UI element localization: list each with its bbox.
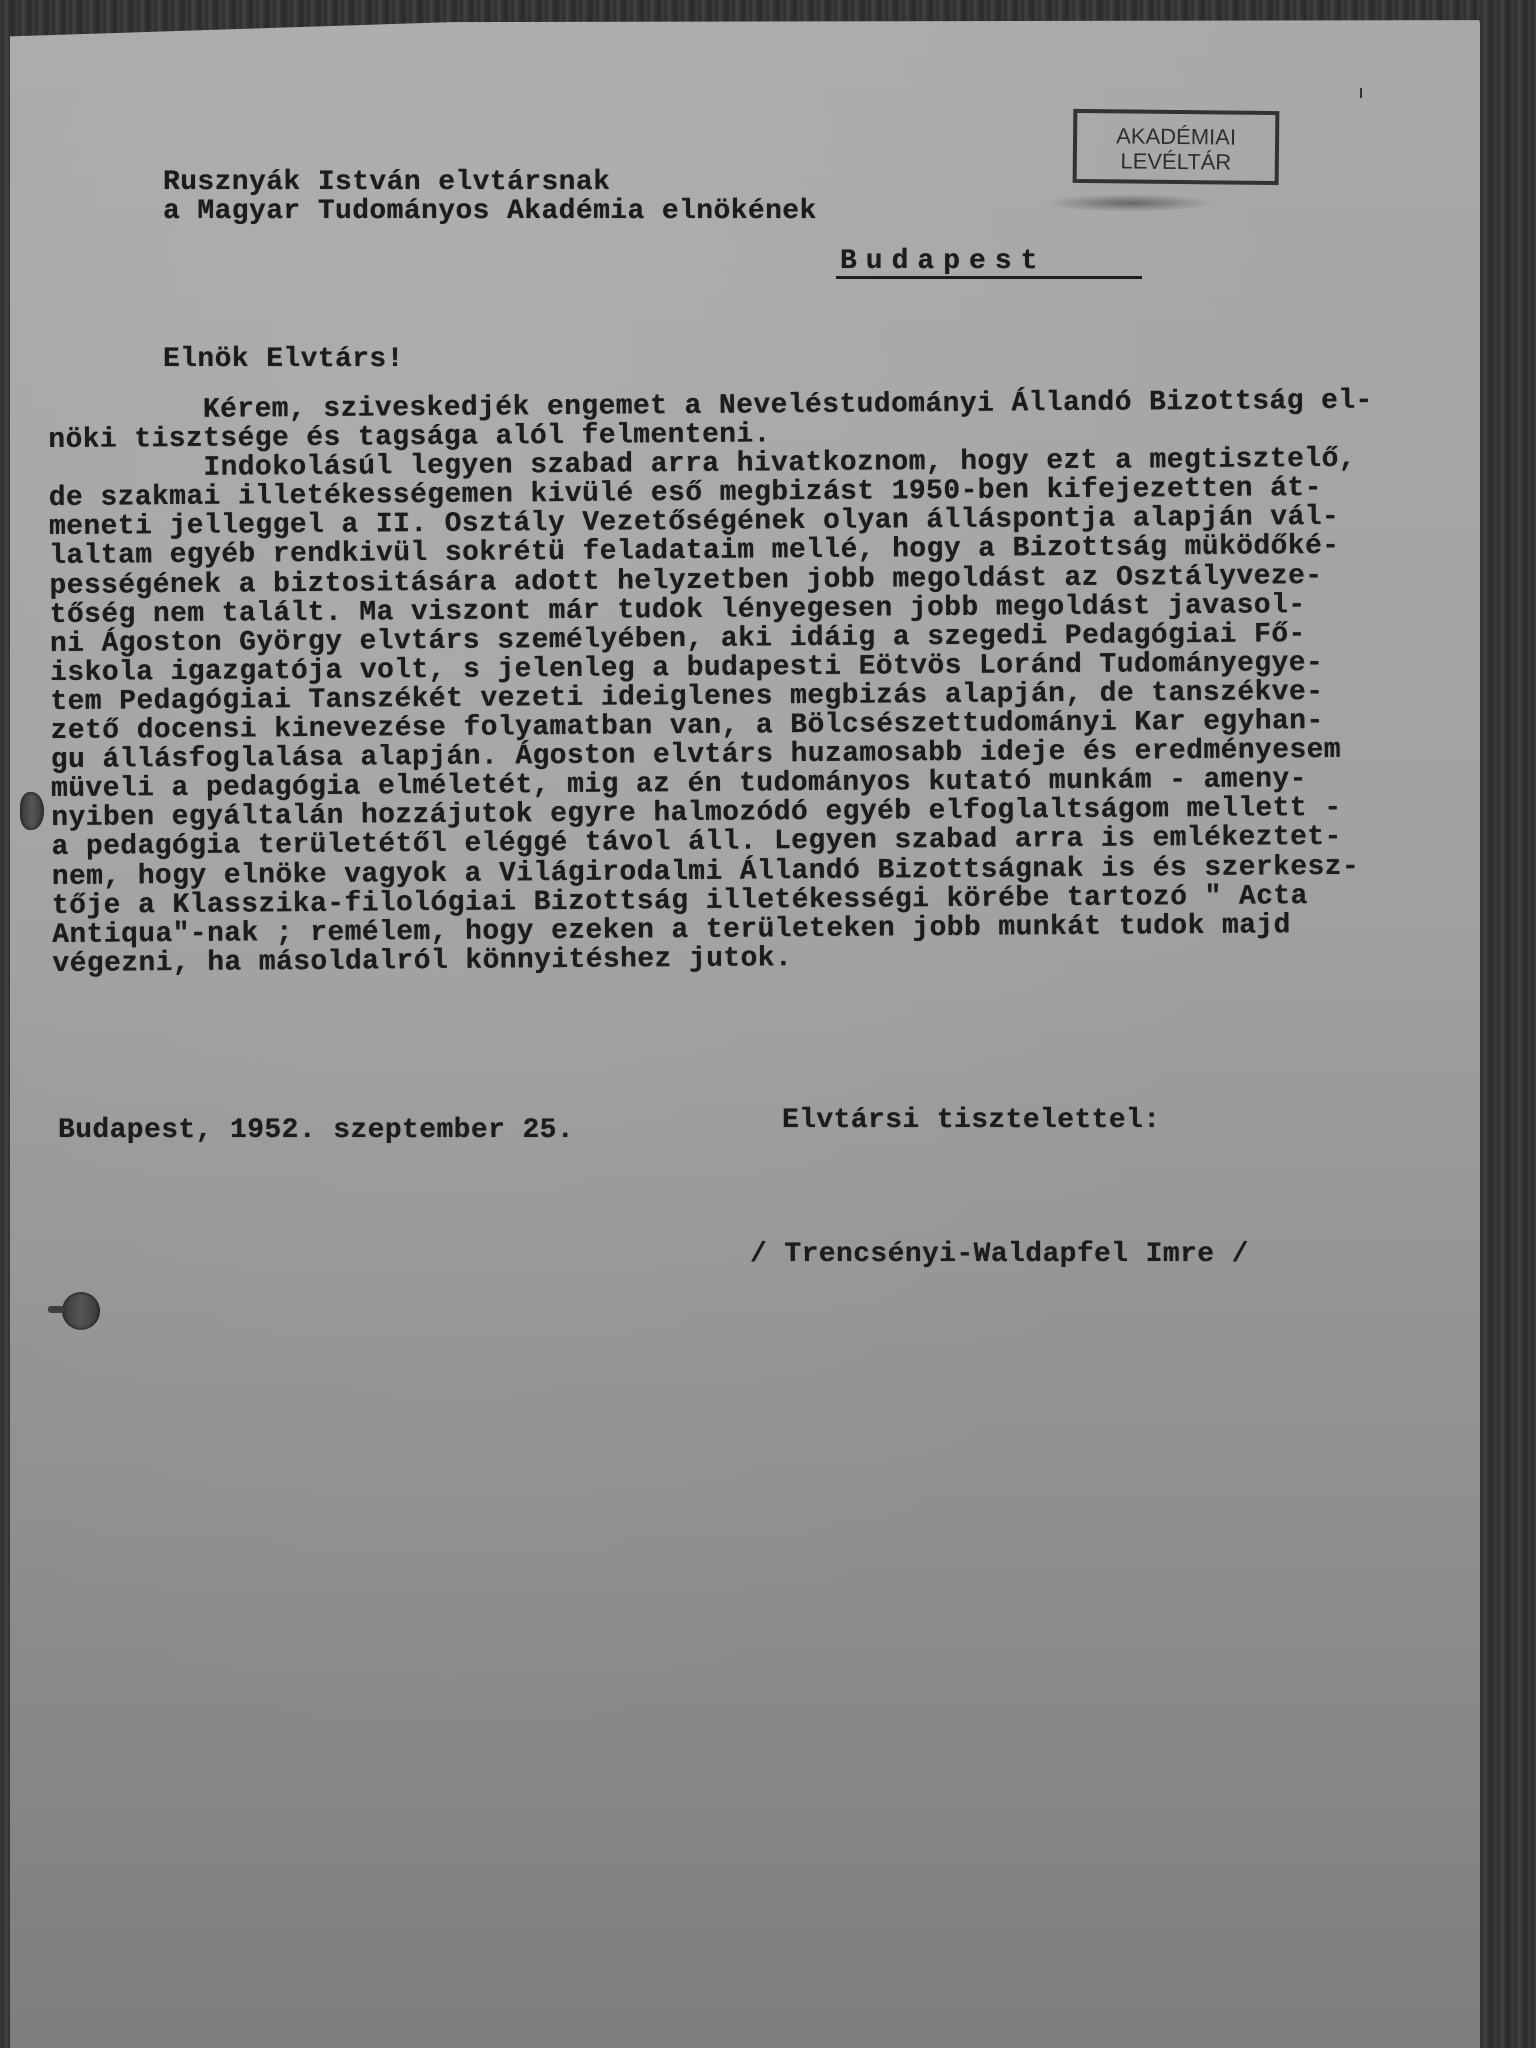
city-heading: Budapest bbox=[840, 247, 1046, 276]
letter-paper bbox=[10, 16, 1480, 2048]
salutation: Elnök Elvtárs! bbox=[163, 345, 404, 374]
archive-stamp: AKADÉMIAI LEVÉLTÁR bbox=[1073, 109, 1280, 185]
addressee-block: Rusznyák István elvtársnak a Magyar Tudo… bbox=[163, 168, 817, 226]
city-heading-underline bbox=[836, 276, 1142, 279]
signature-line: / Trencsényi-Waldapfel Imre / bbox=[750, 1240, 1249, 1269]
pen-mark bbox=[1360, 88, 1362, 98]
punch-hole-icon bbox=[62, 1292, 100, 1330]
punch-hole-icon bbox=[20, 792, 44, 830]
stamp-line-2: LEVÉLTÁR bbox=[1077, 148, 1275, 175]
stamp-line-1: AKADÉMIAI bbox=[1077, 123, 1275, 150]
letter-body: Kérem, sziveskedjék engemet a Neveléstud… bbox=[48, 387, 1377, 979]
date-line: Budapest, 1952. szeptember 25. bbox=[58, 1116, 574, 1145]
stamp-smudge bbox=[1045, 194, 1215, 212]
closing-line: Elvtársi tisztelettel: bbox=[782, 1106, 1160, 1135]
